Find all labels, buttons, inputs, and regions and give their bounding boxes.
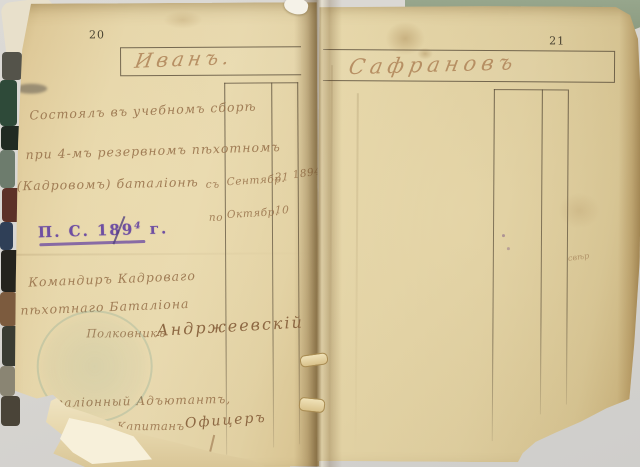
page-edge: [0, 292, 17, 326]
commander-signature: Андржеевскій: [156, 312, 304, 339]
paper-stain: [163, 11, 203, 29]
binding-thread: [298, 397, 325, 414]
date-day-2: 10: [275, 204, 289, 216]
ink-speck: [502, 234, 505, 237]
page-edge: [2, 52, 22, 80]
page-number-right: 21: [549, 34, 565, 47]
entry-line-1: Состоялъ въ учебномъ сборѣ: [29, 99, 257, 123]
entry-line-2: при 4-мъ резервномъ пѣхотномъ: [25, 139, 281, 162]
scanned-register-spread: 20 Иванъ. Состоялъ въ учебномъ сборѣ при…: [0, 0, 640, 467]
page-edge: [0, 222, 13, 250]
paper-stain: [558, 192, 600, 228]
signature-flourish: [209, 435, 215, 453]
violet-date-stamp: П. С. 1894 г.: [38, 219, 169, 241]
date-prefix-1: съ: [206, 179, 220, 191]
paper-crease: [329, 65, 333, 461]
column-rule: [566, 90, 569, 405]
column-rule-top: [494, 89, 568, 90]
column-rule-top: [224, 82, 298, 83]
stamp-year-mark: 4: [134, 221, 143, 231]
handwritten-title-left: Иванъ.: [133, 45, 235, 73]
ink-speck: [507, 247, 510, 250]
page-edge: [0, 150, 15, 188]
column-rule: [271, 82, 274, 447]
stamp-suffix: г.: [149, 219, 168, 238]
commander-line-1: Командиръ Кадроваго: [28, 268, 196, 290]
date-year-1: 1894: [292, 165, 322, 181]
handwritten-title-right: Сафрановъ: [347, 50, 520, 79]
margin-note: свѣр: [567, 251, 589, 263]
column-rule: [492, 89, 495, 441]
left-page: 20 Иванъ. Состоялъ въ учебномъ сборѣ при…: [13, 2, 319, 467]
page-edge: [1, 396, 20, 426]
page-edge-curl: [617, 7, 640, 463]
page-edge: [0, 366, 15, 396]
column-rule: [297, 82, 300, 444]
page-number-left: 20: [89, 28, 105, 41]
date-prefix-2: по: [209, 212, 223, 224]
date-day-1: 21: [275, 171, 289, 183]
right-page: 21 Сафрановъ свѣр: [317, 5, 640, 463]
page-edge: [0, 80, 17, 126]
entry-line-3: (Кадровомъ) баталіонѣ: [17, 174, 199, 193]
column-rule: [540, 89, 543, 414]
stamp-underline: [39, 240, 145, 246]
adjutant-signature: Офицеръ: [184, 410, 267, 432]
paper-crease: [355, 93, 359, 461]
